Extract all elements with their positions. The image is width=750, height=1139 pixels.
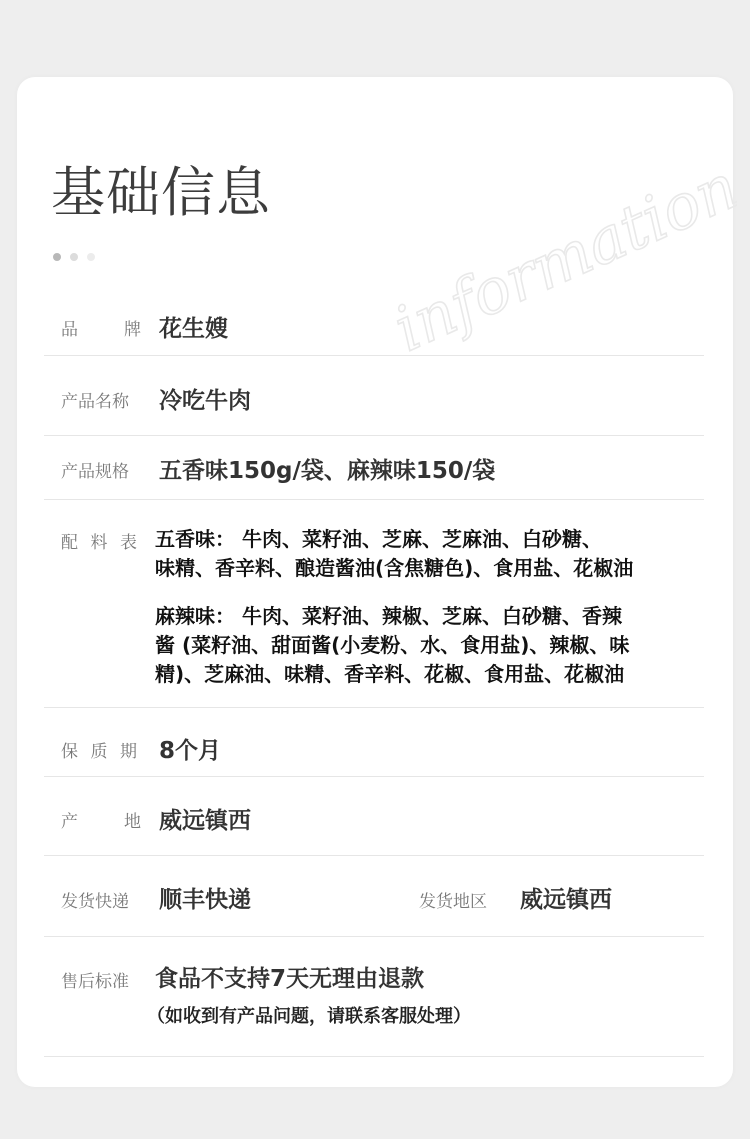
courier-label: 发货快递 — [61, 887, 141, 912]
row-shipping: 发货快递 顺丰快递 发货地区 威远镇西 — [44, 855, 704, 937]
row-product-name: 产品名称 冷吃牛肉 — [44, 355, 704, 436]
courier-value: 顺丰快递 — [159, 881, 251, 914]
shelf-life-value: 8个月 — [159, 732, 221, 765]
ship-region-label: 发货地区 — [419, 887, 499, 912]
product-name-label: 产品名称 — [61, 387, 141, 412]
product-spec-value: 五香味150g/袋、麻辣味150/袋 — [159, 452, 495, 485]
ingredients-five-spice: 五香味： 牛肉、菜籽油、芝麻、芝麻油、白砂糖、 味精、香辛料、酿造酱油(含焦糖色… — [155, 525, 633, 583]
row-brand: 品 牌 花生嫂 — [44, 280, 704, 356]
dot-3 — [87, 253, 95, 261]
product-name-value: 冷吃牛肉 — [159, 382, 251, 415]
brand-value: 花生嫂 — [159, 310, 228, 343]
product-spec-label: 产品规格 — [61, 457, 141, 482]
after-sales-value: 食品不支持7天无理由退款 — [155, 960, 424, 993]
after-sales-label: 售后标准 — [61, 967, 141, 992]
basic-info-card: information 基础信息 品 牌 花生嫂 产品名称 冷吃牛肉 产品规格 … — [17, 77, 733, 1087]
ingredients-list: 五香味： 牛肉、菜籽油、芝麻、芝麻油、白砂糖、 味精、香辛料、酿造酱油(含焦糖色… — [155, 525, 633, 708]
pagination-dots — [53, 253, 95, 261]
ship-region-value: 威远镇西 — [520, 881, 612, 914]
origin-label: 产 地 — [61, 807, 141, 832]
ingredients-label: 配 料 表 — [61, 528, 137, 553]
row-product-spec: 产品规格 五香味150g/袋、麻辣味150/袋 — [44, 435, 704, 500]
row-shelf-life: 保 质 期 8个月 — [44, 707, 704, 777]
row-ingredients: 配 料 表 五香味： 牛肉、菜籽油、芝麻、芝麻油、白砂糖、 味精、香辛料、酿造酱… — [44, 499, 704, 708]
shelf-life-label: 保 质 期 — [61, 737, 137, 762]
dot-2 — [70, 253, 78, 261]
dot-1 — [53, 253, 61, 261]
brand-label: 品 牌 — [61, 315, 141, 340]
row-origin: 产 地 威远镇西 — [44, 776, 704, 856]
ingredients-spicy: 麻辣味： 牛肉、菜籽油、辣椒、芝麻、白砂糖、香辣 酱 (菜籽油、甜面酱(小麦粉、… — [155, 602, 633, 689]
origin-value: 威远镇西 — [159, 802, 251, 835]
after-sales-note: （如收到有产品问题，请联系客服处理） — [147, 1002, 471, 1028]
page-title: 基础信息 — [51, 161, 271, 225]
row-after-sales: 售后标准 食品不支持7天无理由退款 （如收到有产品问题，请联系客服处理） — [44, 936, 704, 1057]
